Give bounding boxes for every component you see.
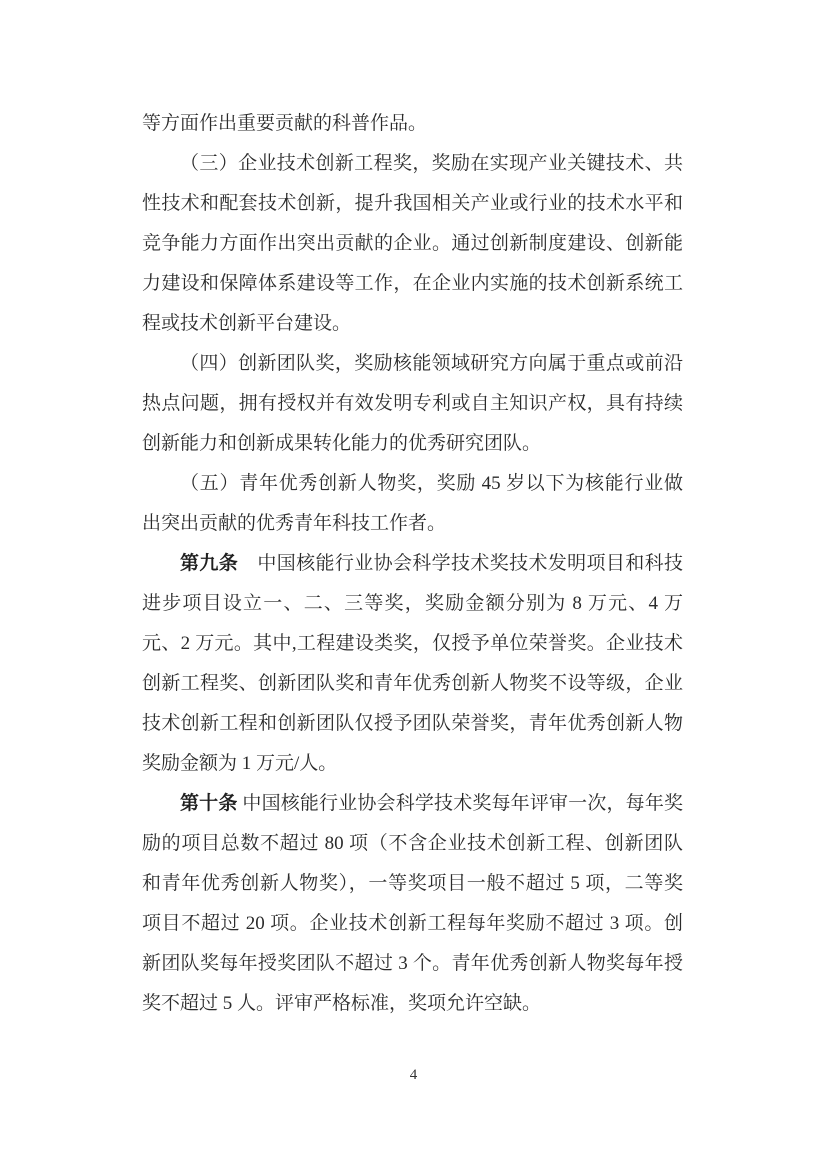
para-item-3-enterprise-award: （三）企业技术创新工程奖，奖励在实现产业关键技术、共性技术和配套技术创新，提升我… [142, 144, 683, 344]
para-article-9: 第九条 中国核能行业协会科学技术奖技术发明项目和科技进步项目设立一、二、三等奖，… [142, 544, 683, 784]
para-article-9-lead: 第九条 [180, 553, 238, 574]
document-body: 等方面作出重要贡献的科普作品。（三）企业技术创新工程奖，奖励在实现产业关键技术、… [142, 104, 683, 1024]
document-page: 等方面作出重要贡献的科普作品。（三）企业技术创新工程奖，奖励在实现产业关键技术、… [0, 0, 827, 1170]
para-item-4-innovation-team-award: （四）创新团队奖，奖励核能领域研究方向属于重点或前沿热点问题，拥有授权并有效发明… [142, 344, 683, 464]
para-item-5-young-innovator-award: （五）青年优秀创新人物奖，奖励 45 岁以下为核能行业做出突出贡献的优秀青年科技… [142, 464, 683, 544]
para-item-4-innovation-team-award-text: （四）创新团队奖，奖励核能领域研究方向属于重点或前沿热点问题，拥有授权并有效发明… [142, 353, 683, 454]
para-article-9-text: 中国核能行业协会科学技术奖技术发明项目和科技进步项目设立一、二、三等奖，奖励金额… [142, 553, 683, 774]
para-article-10: 第十条 中国核能行业协会科学技术奖每年评审一次，每年奖励的项目总数不超过 80 … [142, 784, 683, 1024]
para-item-3-enterprise-award-text: （三）企业技术创新工程奖，奖励在实现产业关键技术、共性技术和配套技术创新，提升我… [142, 153, 683, 334]
para-continuation-text: 等方面作出重要贡献的科普作品。 [142, 113, 427, 134]
para-continuation: 等方面作出重要贡献的科普作品。 [142, 104, 683, 144]
para-article-10-lead: 第十条 [180, 793, 238, 814]
page-number: 4 [0, 1064, 827, 1086]
para-article-10-text: 中国核能行业协会科学技术奖每年评审一次，每年奖励的项目总数不超过 80 项（不含… [142, 793, 683, 1014]
para-item-5-young-innovator-award-text: （五）青年优秀创新人物奖，奖励 45 岁以下为核能行业做出突出贡献的优秀青年科技… [142, 473, 683, 534]
